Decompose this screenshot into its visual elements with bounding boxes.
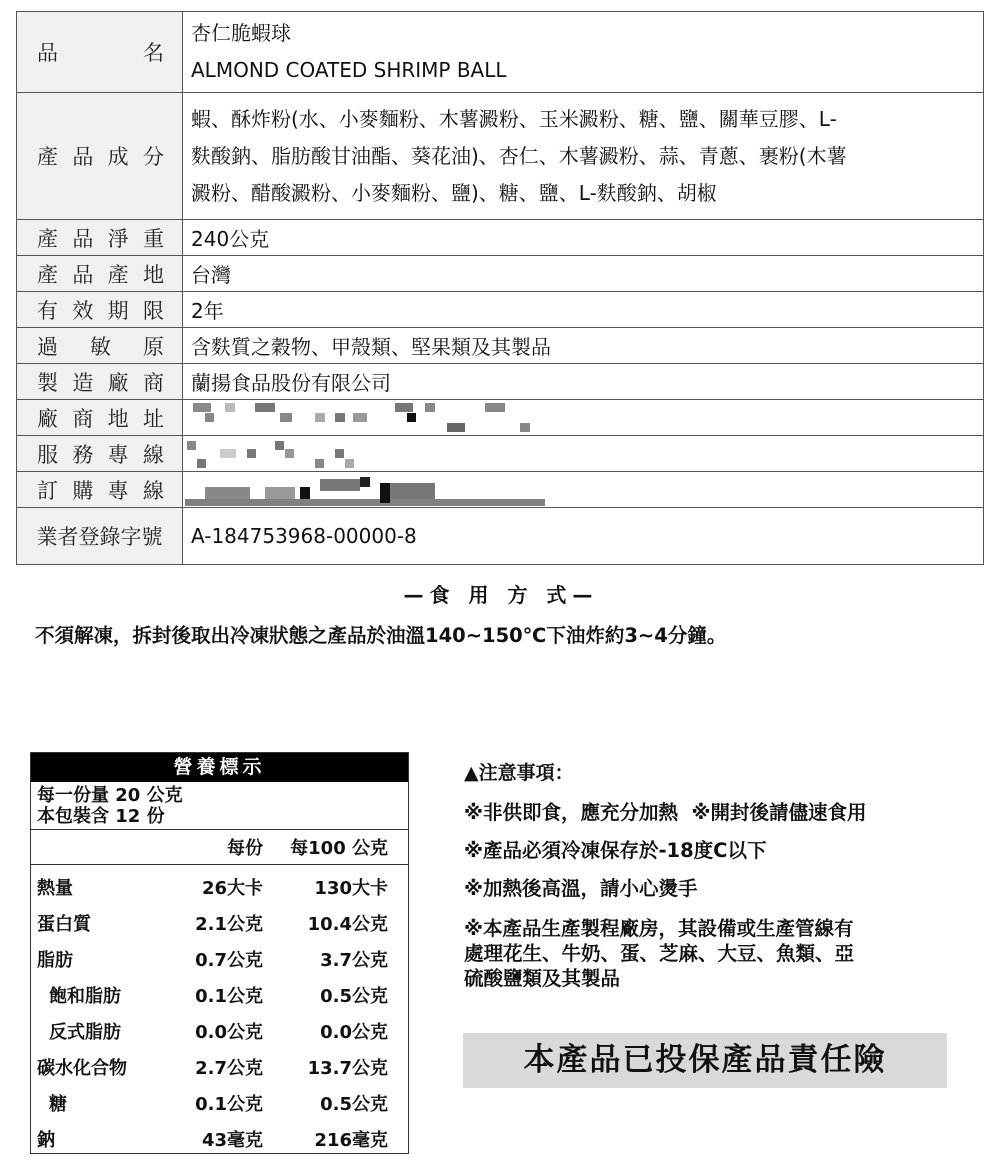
label-product-name: 品名 [17,12,183,93]
label-char: 購 [72,475,93,505]
row-service-line: 服務專線 [17,436,984,472]
nutrition-row: 糖 0.1公克 0.5公克 [31,1085,408,1121]
nutrient-per-100g: 3.7公克 [263,946,388,972]
label-char: 線 [143,439,164,469]
label-char: 服 [37,439,58,469]
row-order-line: 訂購專線 [17,472,984,508]
nutrient-per-100g: 0.5公克 [263,1090,388,1116]
label-char: 限 [143,295,164,325]
label-char: 原 [143,331,164,361]
ingredients-line: 澱粉、醋酸澱粉、小麥麵粉、鹽)、糖、鹽、L-麩酸鈉、胡椒 [191,175,983,212]
label-char: 品 [37,37,58,67]
nutrition-title: 營養標示 [31,753,408,782]
nutrient-name: 蛋白質 [31,910,179,936]
nutrient-per-100g: 10.4公克 [263,910,388,936]
nutrient-per-serving: 26大卡 [179,874,263,900]
ingredients-line: 蝦、酥炸粉(水、小麥麵粉、木薯澱粉、玉米澱粉、糖、鹽、關華豆膠、L- [191,101,983,138]
precaution-item: ※非供即食，應充分加熱 ※開封後請儘速食用 [464,802,964,824]
label-char: 造 [72,367,93,397]
row-product-name: 品名 杏仁脆蝦球 ALMOND COATED SHRIMP BALL [17,12,984,93]
label-char: 地 [108,403,129,433]
label-net-weight: 產品淨重 [17,220,183,256]
nutrient-per-serving: 2.1公克 [179,910,263,936]
row-net-weight: 產品淨重 240公克 [17,220,984,256]
value-address-redacted [183,400,984,436]
nutrition-row: 鈉 43毫克 216毫克 [31,1121,408,1157]
nutrition-row: 熱量 26大卡 130大卡 [31,869,408,905]
nutrient-per-100g: 0.5公克 [263,982,388,1008]
nutrient-per-serving: 0.0公克 [179,1018,263,1044]
nutrient-name: 脂肪 [31,946,179,972]
nutrition-row: 反式脂肪 0.0公克 0.0公克 [31,1013,408,1049]
value-origin: 台灣 [183,256,984,292]
nutrient-per-100g: 216毫克 [263,1126,388,1152]
nutrient-per-serving: 43毫克 [179,1126,263,1152]
label-allergens: 過敏原 [17,328,183,364]
label-char: 產 [37,223,58,253]
nutrition-column-headers: 每份 每100 公克 [31,830,408,865]
nutrition-row: 脂肪 0.7公克 3.7公克 [31,941,408,977]
label-registration-number: 業者登錄字號 [17,508,183,565]
nutrient-per-serving: 2.7公克 [179,1054,263,1080]
row-origin: 產品產地 台灣 [17,256,984,292]
nutrient-per-100g: 130大卡 [263,874,388,900]
nutrition-rows: 熱量 26大卡 130大卡 蛋白質 2.1公克 10.4公克 脂肪 0.7公克 … [31,865,408,1157]
precaution-item: ※加熱後高溫，請小心燙手 [464,878,964,900]
nutrient-name: 反式脂肪 [31,1018,179,1044]
label-char: 品 [72,259,93,289]
label-char: 務 [72,439,93,469]
label-ingredients: 產品成分 [17,93,183,220]
label-char: 訂 [37,475,58,505]
row-ingredients: 產品成分 蝦、酥炸粉(水、小麥麵粉、木薯澱粉、玉米澱粉、糖、鹽、關華豆膠、L- … [17,93,984,220]
precaution-line: 硫酸鹽類及其製品 [464,966,964,991]
label-char: 過 [37,331,58,361]
usage-instructions: 不須解凍，拆封後取出冷凍狀態之產品於油溫140~150℃下油炸約3~4分鐘。 [35,620,726,648]
usage-title: —食 用 方 式— [0,579,1002,608]
label-char: 產 [108,259,129,289]
label-shelf-life: 有效期限 [17,292,183,328]
value-registration-number: A-184753968-00000-8 [183,508,984,565]
nutrient-name: 糖 [31,1090,179,1116]
label-address: 廠商地址 [17,400,183,436]
label-char: 名 [143,37,164,67]
liability-insurance-banner: 本產品已投保產品責任險 [463,1033,947,1088]
label-char: 重 [143,223,164,253]
value-order-line-redacted [183,472,984,508]
redacted-mosaic [185,437,545,470]
label-char: 敏 [90,331,111,361]
label-char: 商 [143,367,164,397]
label-char: 專 [108,439,129,469]
label-char: 製 [37,367,58,397]
label-manufacturer: 製造廠商 [17,364,183,400]
label-char: 產 [37,259,58,289]
label-char: 效 [72,295,93,325]
row-shelf-life: 有效期限 2年 [17,292,984,328]
precaution-line: ※本產品生產製程廠房，其設備或生產管線有 [464,916,964,941]
nutrient-name: 鈉 [31,1126,179,1152]
label-char: 廠 [108,367,129,397]
label-char: 址 [143,403,164,433]
label-char: 分 [143,141,164,171]
nutrient-name: 碳水化合物 [31,1054,179,1080]
value-service-line-redacted [183,436,984,472]
value-product-name: 杏仁脆蝦球 ALMOND COATED SHRIMP BALL [183,12,984,93]
precaution-line: 處理花生、牛奶、蛋、芝麻、大豆、魚類、亞 [464,941,964,966]
label-origin: 產品產地 [17,256,183,292]
label-char: 專 [108,475,129,505]
value-shelf-life: 2年 [183,292,984,328]
precautions: ▲注意事項： ※非供即食，應充分加熱 ※開封後請儘速食用 ※產品必須冷凍保存於-… [464,760,964,991]
label-char: 線 [143,475,164,505]
nutrition-facts-panel: 營養標示 每一份量 20 公克 本包裝含 12 份 每份 每100 公克 熱量 … [30,752,409,1154]
label-char: 地 [143,259,164,289]
nutrient-per-serving: 0.1公克 [179,1090,263,1116]
nutrient-name: 飽和脂肪 [31,982,179,1008]
label-char: 產 [37,141,58,171]
label-char: 品 [72,223,93,253]
nutrition-row: 蛋白質 2.1公克 10.4公克 [31,905,408,941]
label-char: 有 [37,295,58,325]
product-name-zh: 杏仁脆蝦球 [191,15,983,52]
value-allergens: 含麩質之穀物、甲殼類、堅果類及其製品 [183,328,984,364]
ingredients-line: 麩酸鈉、脂肪酸甘油酯、葵花油)、杏仁、木薯澱粉、蒜、青蔥、裹粉(木薯 [191,138,983,175]
col-header-per-serving: 每份 [179,834,263,860]
product-info-table: 品名 杏仁脆蝦球 ALMOND COATED SHRIMP BALL 產品成分 … [16,11,984,565]
label-service-line: 服務專線 [17,436,183,472]
nutrient-name: 熱量 [31,874,179,900]
row-address: 廠商地址 [17,400,984,436]
nutrient-per-serving: 0.1公克 [179,982,263,1008]
product-name-en: ALMOND COATED SHRIMP BALL [191,52,983,89]
precautions-title: ▲注意事項： [464,760,964,786]
label-char: 期 [108,295,129,325]
nutrition-row: 碳水化合物 2.7公克 13.7公克 [31,1049,408,1085]
label-char: 成 [108,141,129,171]
label-char: 廠 [37,403,58,433]
row-manufacturer: 製造廠商 蘭揚食品股份有限公司 [17,364,984,400]
redacted-mosaic [185,473,545,506]
row-allergens: 過敏原 含麩質之穀物、甲殼類、堅果類及其製品 [17,328,984,364]
label-order-line: 訂購專線 [17,472,183,508]
value-ingredients: 蝦、酥炸粉(水、小麥麵粉、木薯澱粉、玉米澱粉、糖、鹽、關華豆膠、L- 麩酸鈉、脂… [183,93,984,220]
value-manufacturer: 蘭揚食品股份有限公司 [183,364,984,400]
serving-size: 每一份量 20 公克 [37,785,402,806]
value-net-weight: 240公克 [183,220,984,256]
nutrition-row: 飽和脂肪 0.1公克 0.5公克 [31,977,408,1013]
precaution-item: ※產品必須冷凍保存於-18度C以下 [464,840,964,862]
label-char: 商 [72,403,93,433]
col-header-per-100g: 每100 公克 [263,834,388,860]
nutrient-per-100g: 0.0公克 [263,1018,388,1044]
nutrient-per-100g: 13.7公克 [263,1054,388,1080]
row-registration-number: 業者登錄字號 A-184753968-00000-8 [17,508,984,565]
label-char: 淨 [108,223,129,253]
servings-per-package: 本包裝含 12 份 [37,806,402,827]
serving-info: 每一份量 20 公克 本包裝含 12 份 [31,782,408,830]
redacted-mosaic [185,401,545,434]
nutrient-per-serving: 0.7公克 [179,946,263,972]
precaution-item-allergen-facility: ※本產品生產製程廠房，其設備或生產管線有 處理花生、牛奶、蛋、芝麻、大豆、魚類、… [464,916,964,991]
label-char: 品 [72,141,93,171]
